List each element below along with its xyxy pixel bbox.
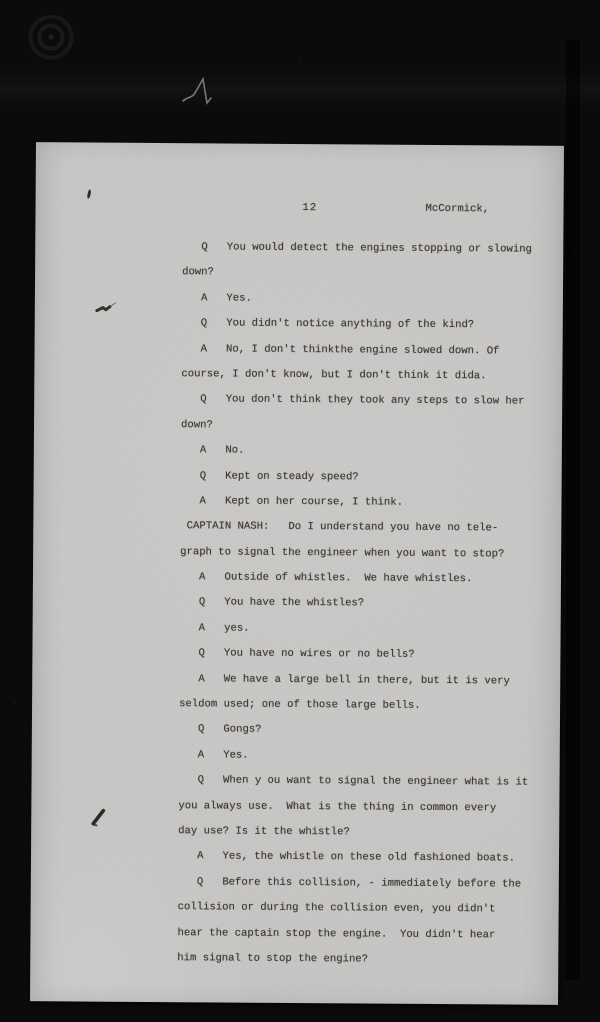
transcript-line: CAPTAIN NASH: Do I understand you have n… bbox=[180, 514, 548, 542]
witness-name: McCormick, bbox=[426, 203, 490, 215]
transcript-line: A Kept on her course, I think. bbox=[180, 489, 548, 517]
transcript-line: A No, I don't thinkthe engine slowed dow… bbox=[181, 337, 549, 365]
film-background: 12 McCormick, Q You would detect the eng… bbox=[0, 0, 600, 1022]
transcript-line: hear the captain stop the engine. You di… bbox=[177, 921, 545, 949]
reel-hole-ring bbox=[26, 15, 76, 63]
transcript-line: Q Kept on steady speed? bbox=[181, 464, 549, 492]
scanned-transcript-page: 12 McCormick, Q You would detect the eng… bbox=[30, 142, 564, 1005]
transcript-line: A Outside of whistles. We have whistles. bbox=[180, 565, 548, 593]
transcript-line: you always use. What is the thing in com… bbox=[178, 794, 546, 822]
transcript-line: down? bbox=[182, 261, 550, 289]
ink-tick-mark bbox=[87, 189, 92, 198]
transcript-line: Q Gongs? bbox=[179, 718, 547, 746]
transcript-line: course, I don't know, but I don't think … bbox=[181, 362, 549, 390]
transcript-line: A No. bbox=[181, 438, 549, 466]
transcript-line: Q You have no wires or no bells? bbox=[179, 641, 547, 669]
transcript-body: Q You would detect the engines stopping … bbox=[177, 235, 550, 974]
film-edge-shadow bbox=[566, 40, 580, 980]
transcript-line: Q You have the whistles? bbox=[180, 591, 548, 619]
transcript-line: collision or during the collision even, … bbox=[178, 895, 546, 923]
transcript-line: day use? Is it the whistle? bbox=[178, 819, 546, 847]
page-header: 12 McCormick, bbox=[35, 200, 563, 222]
film-dust-speck bbox=[300, 58, 302, 60]
page-number: 12 bbox=[303, 202, 318, 214]
film-dust-speck bbox=[14, 702, 16, 704]
transcript-line: Q You would detect the engines stopping … bbox=[182, 235, 550, 263]
ink-smudge-mark bbox=[95, 301, 121, 317]
transcript-line: Q Before this collision, - immediately b… bbox=[178, 870, 546, 898]
ink-smudge-mark bbox=[89, 807, 111, 829]
transcript-line: A yes. bbox=[180, 616, 548, 644]
transcript-line: A Yes, the whistle on these old fashione… bbox=[178, 845, 546, 873]
transcript-line: graph to signal the engineer when you wa… bbox=[180, 540, 548, 568]
transcript-line: Q You didn't notice anything of the kind… bbox=[182, 311, 550, 339]
transcript-line: A Yes. bbox=[179, 743, 547, 771]
film-scratch-mark bbox=[178, 72, 222, 112]
transcript-line: A Yes. bbox=[182, 286, 550, 314]
transcript-line: him signal to stop the engine? bbox=[177, 946, 545, 974]
film-scan-root: { "page": { "number": "12", "witness": "… bbox=[0, 0, 600, 1022]
transcript-line: Q You don't think they took any steps to… bbox=[181, 388, 549, 416]
transcript-line: Q When y ou want to signal the engineer … bbox=[178, 768, 546, 796]
transcript-line: A We have a large bell in there, but it … bbox=[179, 667, 547, 695]
transcript-line: seldom used; one of those large bells. bbox=[179, 692, 547, 720]
transcript-line: down? bbox=[181, 413, 549, 441]
